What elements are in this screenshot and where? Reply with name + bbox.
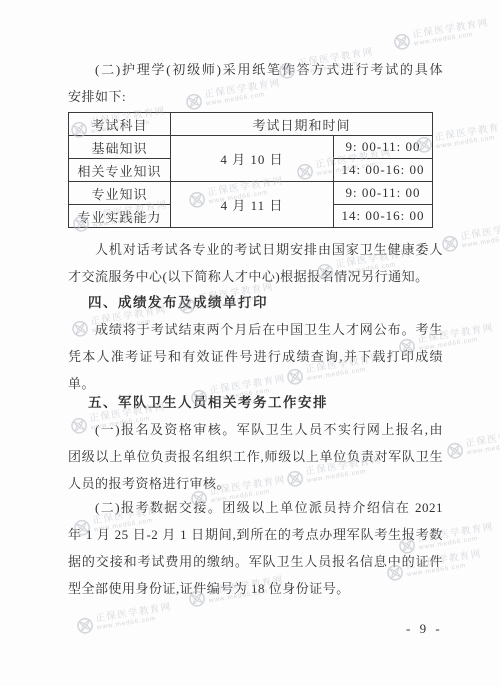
- section5-paragraph-1: (一)报名及资格审核。军队卫生人员不实行网上报名,由 团级以上单位负责报名组织工…: [68, 416, 443, 497]
- watermark-brand: 正保医学教育网: [95, 603, 173, 625]
- watermark-text: 正保医学教育网 www.med66.com: [465, 428, 500, 457]
- text-line: (一)报名及资格审核。军队卫生人员不实行网上报名,由: [68, 416, 443, 443]
- text-line: 安排如下:: [68, 83, 443, 110]
- text-line: 年 1 月 25 日-2 月 1 日期间,到所在的考点办理军队考生报考数: [68, 521, 443, 548]
- table-row: 基础知识 4 月 10 日 9: 00-11: 00: [69, 136, 433, 159]
- watermark: 正保医学教育网 www.med66.com: [392, 19, 491, 52]
- text-line: 成绩将于考试结束两个月后在中国卫生人才网公布。考生可: [68, 316, 443, 343]
- text-line: 据的交接和考试费用的缴纳。军队卫生人员报名信息中的证件类: [68, 548, 443, 575]
- date-cell: 4 月 11 日: [171, 182, 334, 228]
- text-line: 凭本人准考证号和有效证件号进行成绩查询,并下载打印成绩: [68, 343, 443, 370]
- exam-schedule-table: 考试科目 考试日期和时间 基础知识 4 月 10 日 9: 00-11: 00 …: [68, 112, 433, 228]
- time-cell: 14: 00-16: 00: [334, 159, 433, 182]
- brand-logo-icon: [392, 32, 411, 51]
- watermark-brand: 正保医学教育网: [460, 221, 500, 243]
- subject-cell: 专业知识: [69, 182, 171, 205]
- page-number: - 9 -: [406, 621, 443, 637]
- brand-logo-icon: [75, 616, 94, 635]
- time-cell: 14: 00-16: 00: [334, 205, 433, 228]
- text-line: 才交流服务中心(以下简称人才中心)根据报名情况另行通知。: [68, 263, 443, 290]
- watermark-text: 正保医学教育网 www.med66.com: [412, 19, 491, 48]
- text-line: 型全部使用身份证,证件编号为 18 位身份证号。: [68, 575, 443, 602]
- table-row: 专业知识 4 月 11 日 9: 00-11: 00: [69, 182, 433, 205]
- text-line: (二)护理学(初级师)采用纸笔作答方式进行考试的具体: [68, 56, 443, 83]
- header-datetime-cell: 考试日期和时间: [171, 113, 433, 136]
- watermark-brand: 正保医学教育网: [465, 428, 500, 450]
- document-page: 正保医学教育网 www.med66.com 正保医学教育网 www.med66.…: [0, 0, 500, 686]
- table-header-row: 考试科目 考试日期和时间: [69, 113, 433, 136]
- watermark-text: 正保医学教育网 www.med66.com: [460, 221, 500, 250]
- header-subject-cell: 考试科目: [69, 113, 171, 136]
- text-line: 人员的报考资格进行审核。: [68, 470, 443, 497]
- text-line: (二)报考数据交接。团级以上单位派员持介绍信在 2021: [68, 494, 443, 521]
- brand-logo-icon: [440, 234, 459, 253]
- brand-logo-icon: [445, 441, 464, 460]
- subject-cell: 基础知识: [69, 136, 171, 159]
- section4-heading: 四、成绩发布及成绩单打印: [68, 289, 443, 316]
- date-cell: 4 月 10 日: [171, 136, 334, 182]
- time-cell: 9: 00-11: 00: [334, 136, 433, 159]
- watermark: 正保医学教育网 www.med66.com: [440, 221, 500, 254]
- watermark-url: www.med66.com: [97, 613, 174, 632]
- watermark-url: www.med66.com: [414, 29, 491, 48]
- watermark-text: 正保医学教育网 www.med66.com: [434, 122, 500, 151]
- subject-cell: 专业实践能力: [69, 205, 171, 228]
- intro-paragraph: (二)护理学(初级师)采用纸笔作答方式进行考试的具体 安排如下:: [68, 56, 443, 110]
- subject-cell: 相关专业知识: [69, 159, 171, 182]
- watermark-url: www.med66.com: [436, 132, 500, 151]
- section5-heading: 五、军队卫生人员相关考务工作安排: [68, 389, 443, 416]
- section4-paragraph: 成绩将于考试结束两个月后在中国卫生人才网公布。考生可 凭本人准考证号和有效证件号…: [68, 316, 443, 397]
- watermark-text: 正保医学教育网 www.med66.com: [95, 603, 174, 632]
- text-line: 人机对话考试各专业的考试日期安排由国家卫生健康委人: [68, 236, 443, 263]
- watermark: 正保医学教育网 www.med66.com: [75, 603, 174, 636]
- watermark-brand: 正保医学教育网: [434, 122, 500, 144]
- watermark-url: www.med66.com: [467, 438, 500, 457]
- time-cell: 9: 00-11: 00: [334, 182, 433, 205]
- text-line: 团级以上单位负责报名组织工作,师级以上单位负责对军队卫生: [68, 443, 443, 470]
- watermark-brand: 正保医学教育网: [412, 19, 490, 41]
- watermark-url: www.med66.com: [462, 231, 500, 250]
- section5-paragraph-2: (二)报考数据交接。团级以上单位派员持介绍信在 2021 年 1 月 25 日-…: [68, 494, 443, 602]
- watermark: 正保医学教育网 www.med66.com: [445, 428, 500, 461]
- notice-paragraph: 人机对话考试各专业的考试日期安排由国家卫生健康委人 才交流服务中心(以下简称人才…: [68, 236, 443, 290]
